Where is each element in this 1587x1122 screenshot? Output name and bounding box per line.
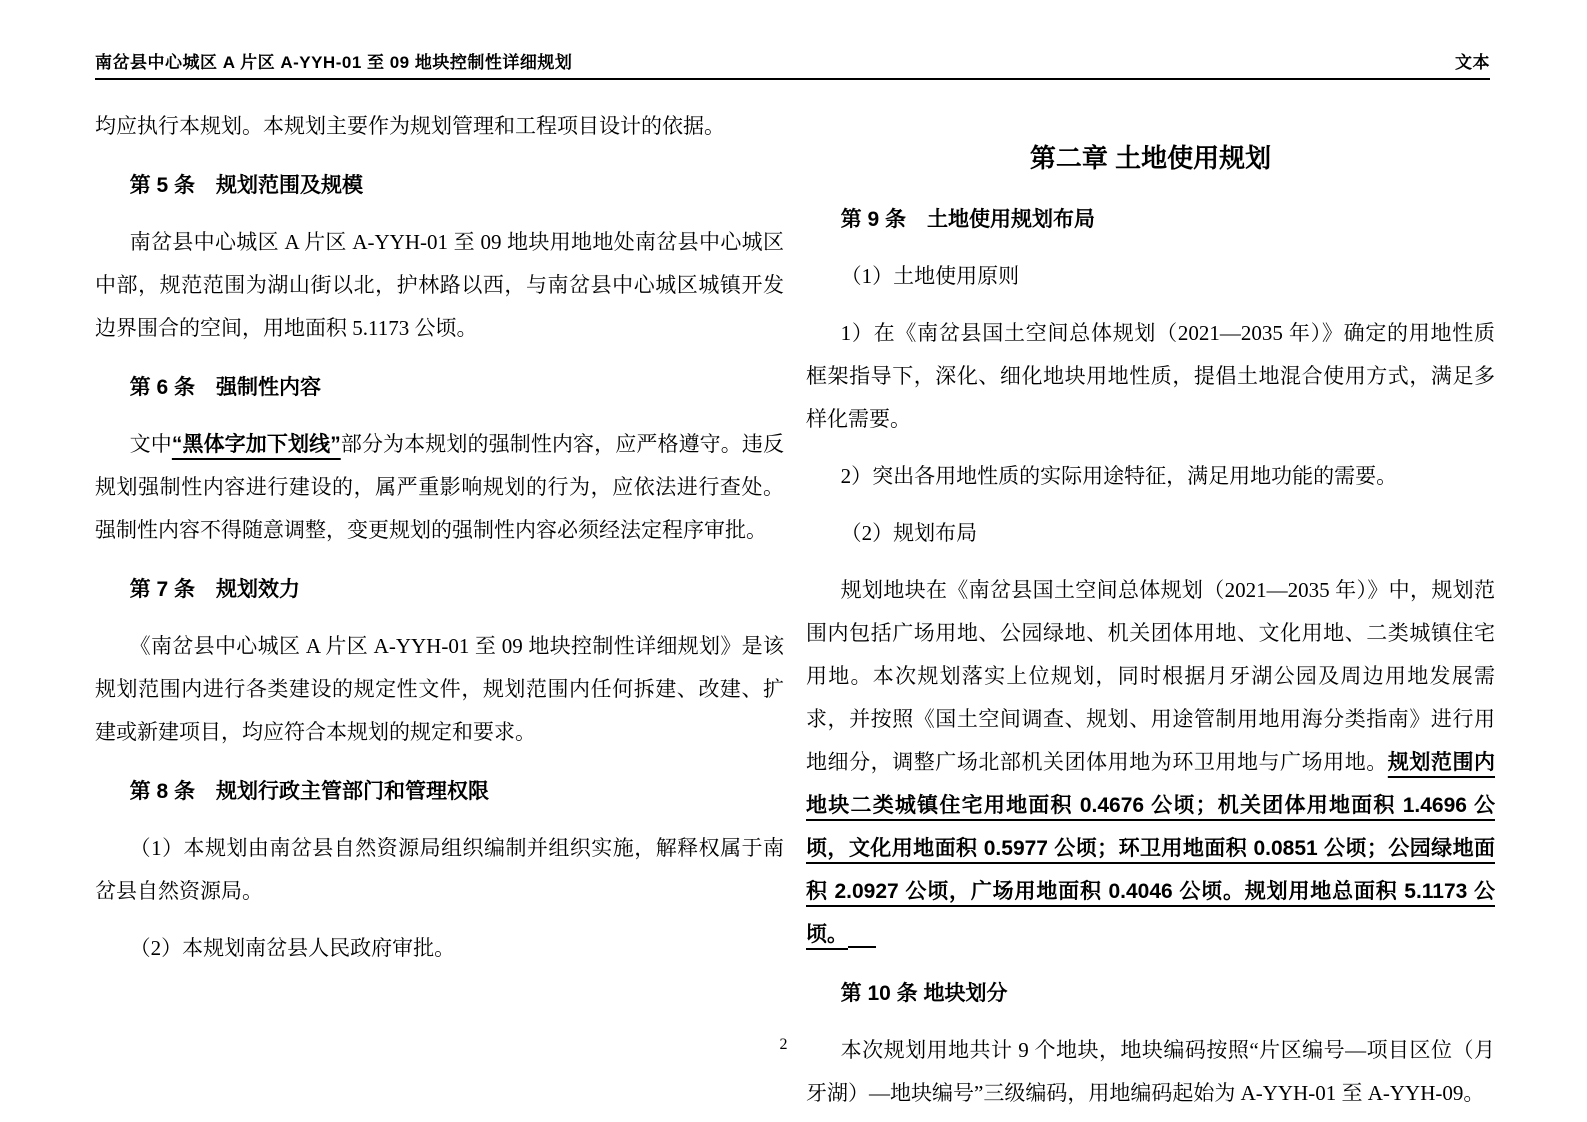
clause-8-heading: 第 8 条 规划行政主管部门和管理权限: [95, 770, 784, 813]
clause-7-body: 《南岔县中心城区 A 片区 A-YYH-01 至 09 地块控制性详细规划》是该…: [95, 625, 784, 754]
clause-6-body: 文中“黑体字加下划线”部分为本规划的强制性内容，应严格遵守。违反规划强制性内容进…: [95, 423, 784, 552]
page-number: 2: [780, 1036, 788, 1053]
clause-5-body: 南岔县中心城区 A 片区 A-YYH-01 至 09 地块用地地处南岔县中心城区…: [95, 221, 784, 350]
header-doc-type: 文本: [1455, 48, 1490, 73]
content-columns: 均应执行本规划。本规划主要作为规划管理和工程项目设计的依据。 第 5 条 规划范…: [95, 105, 1495, 1122]
page-header: 南岔县中心城区 A 片区 A-YYH-01 至 09 地块控制性详细规划 文本: [95, 48, 1490, 80]
clause-9-mandatory-content: 规划范围内地块二类城镇住宅用地面积 0.4676 公顷；机关团体用地面积 1.4…: [806, 751, 1495, 946]
document-page: 南岔县中心城区 A 片区 A-YYH-01 至 09 地块控制性详细规划 文本 …: [0, 0, 1587, 1122]
header-title: 南岔县中心城区 A 片区 A-YYH-01 至 09 地块控制性详细规划: [95, 48, 572, 73]
clause-6-heading: 第 6 条 强制性内容: [95, 366, 784, 409]
clause-6-body-prefix: 文中: [130, 432, 172, 456]
left-column: 均应执行本规划。本规划主要作为规划管理和工程项目设计的依据。 第 5 条 规划范…: [95, 105, 784, 1122]
clause-7-heading: 第 7 条 规划效力: [95, 568, 784, 611]
clause-9-heading: 第 9 条 土地使用规划布局: [806, 198, 1495, 241]
clause-6-emphasis: “黑体字加下划线”: [172, 433, 341, 456]
clause-10-heading: 第 10 条 地块划分: [806, 972, 1495, 1015]
chapter-heading: 第二章 土地使用规划: [806, 137, 1495, 180]
clause-9-sub-2-title: （2）规划布局: [806, 512, 1495, 555]
clause-9-point-2: 2）突出各用地性质的实际用途特征，满足用地功能的需要。: [806, 455, 1495, 498]
clause-9-layout-body: 规划地块在《南岔县国土空间总体规划（2021—2035 年）》中，规划范围内包括…: [806, 578, 1495, 774]
clause-9-point-1: 1）在《南岔县国土空间总体规划（2021—2035 年）》确定的用地性质框架指导…: [806, 312, 1495, 441]
clause-8-item-1: （1）本规划由南岔县自然资源局组织编制并组织实施，解释权属于南岔县自然资源局。: [95, 827, 784, 913]
intro-paragraph: 均应执行本规划。本规划主要作为规划管理和工程项目设计的依据。: [95, 105, 784, 148]
clause-9-layout-paragraph: 规划地块在《南岔县国土空间总体规划（2021—2035 年）》中，规划范围内包括…: [806, 569, 1495, 956]
clause-9-sub-1-title: （1）土地使用原则: [806, 255, 1495, 298]
clause-5-heading: 第 5 条 规划范围及规模: [95, 164, 784, 207]
underline-extension: [848, 925, 876, 948]
page-footer: 2: [0, 1036, 1567, 1054]
right-column: 第二章 土地使用规划 第 9 条 土地使用规划布局 （1）土地使用原则 1）在《…: [806, 105, 1495, 1122]
clause-8-item-2: （2）本规划南岔县人民政府审批。: [95, 927, 784, 970]
